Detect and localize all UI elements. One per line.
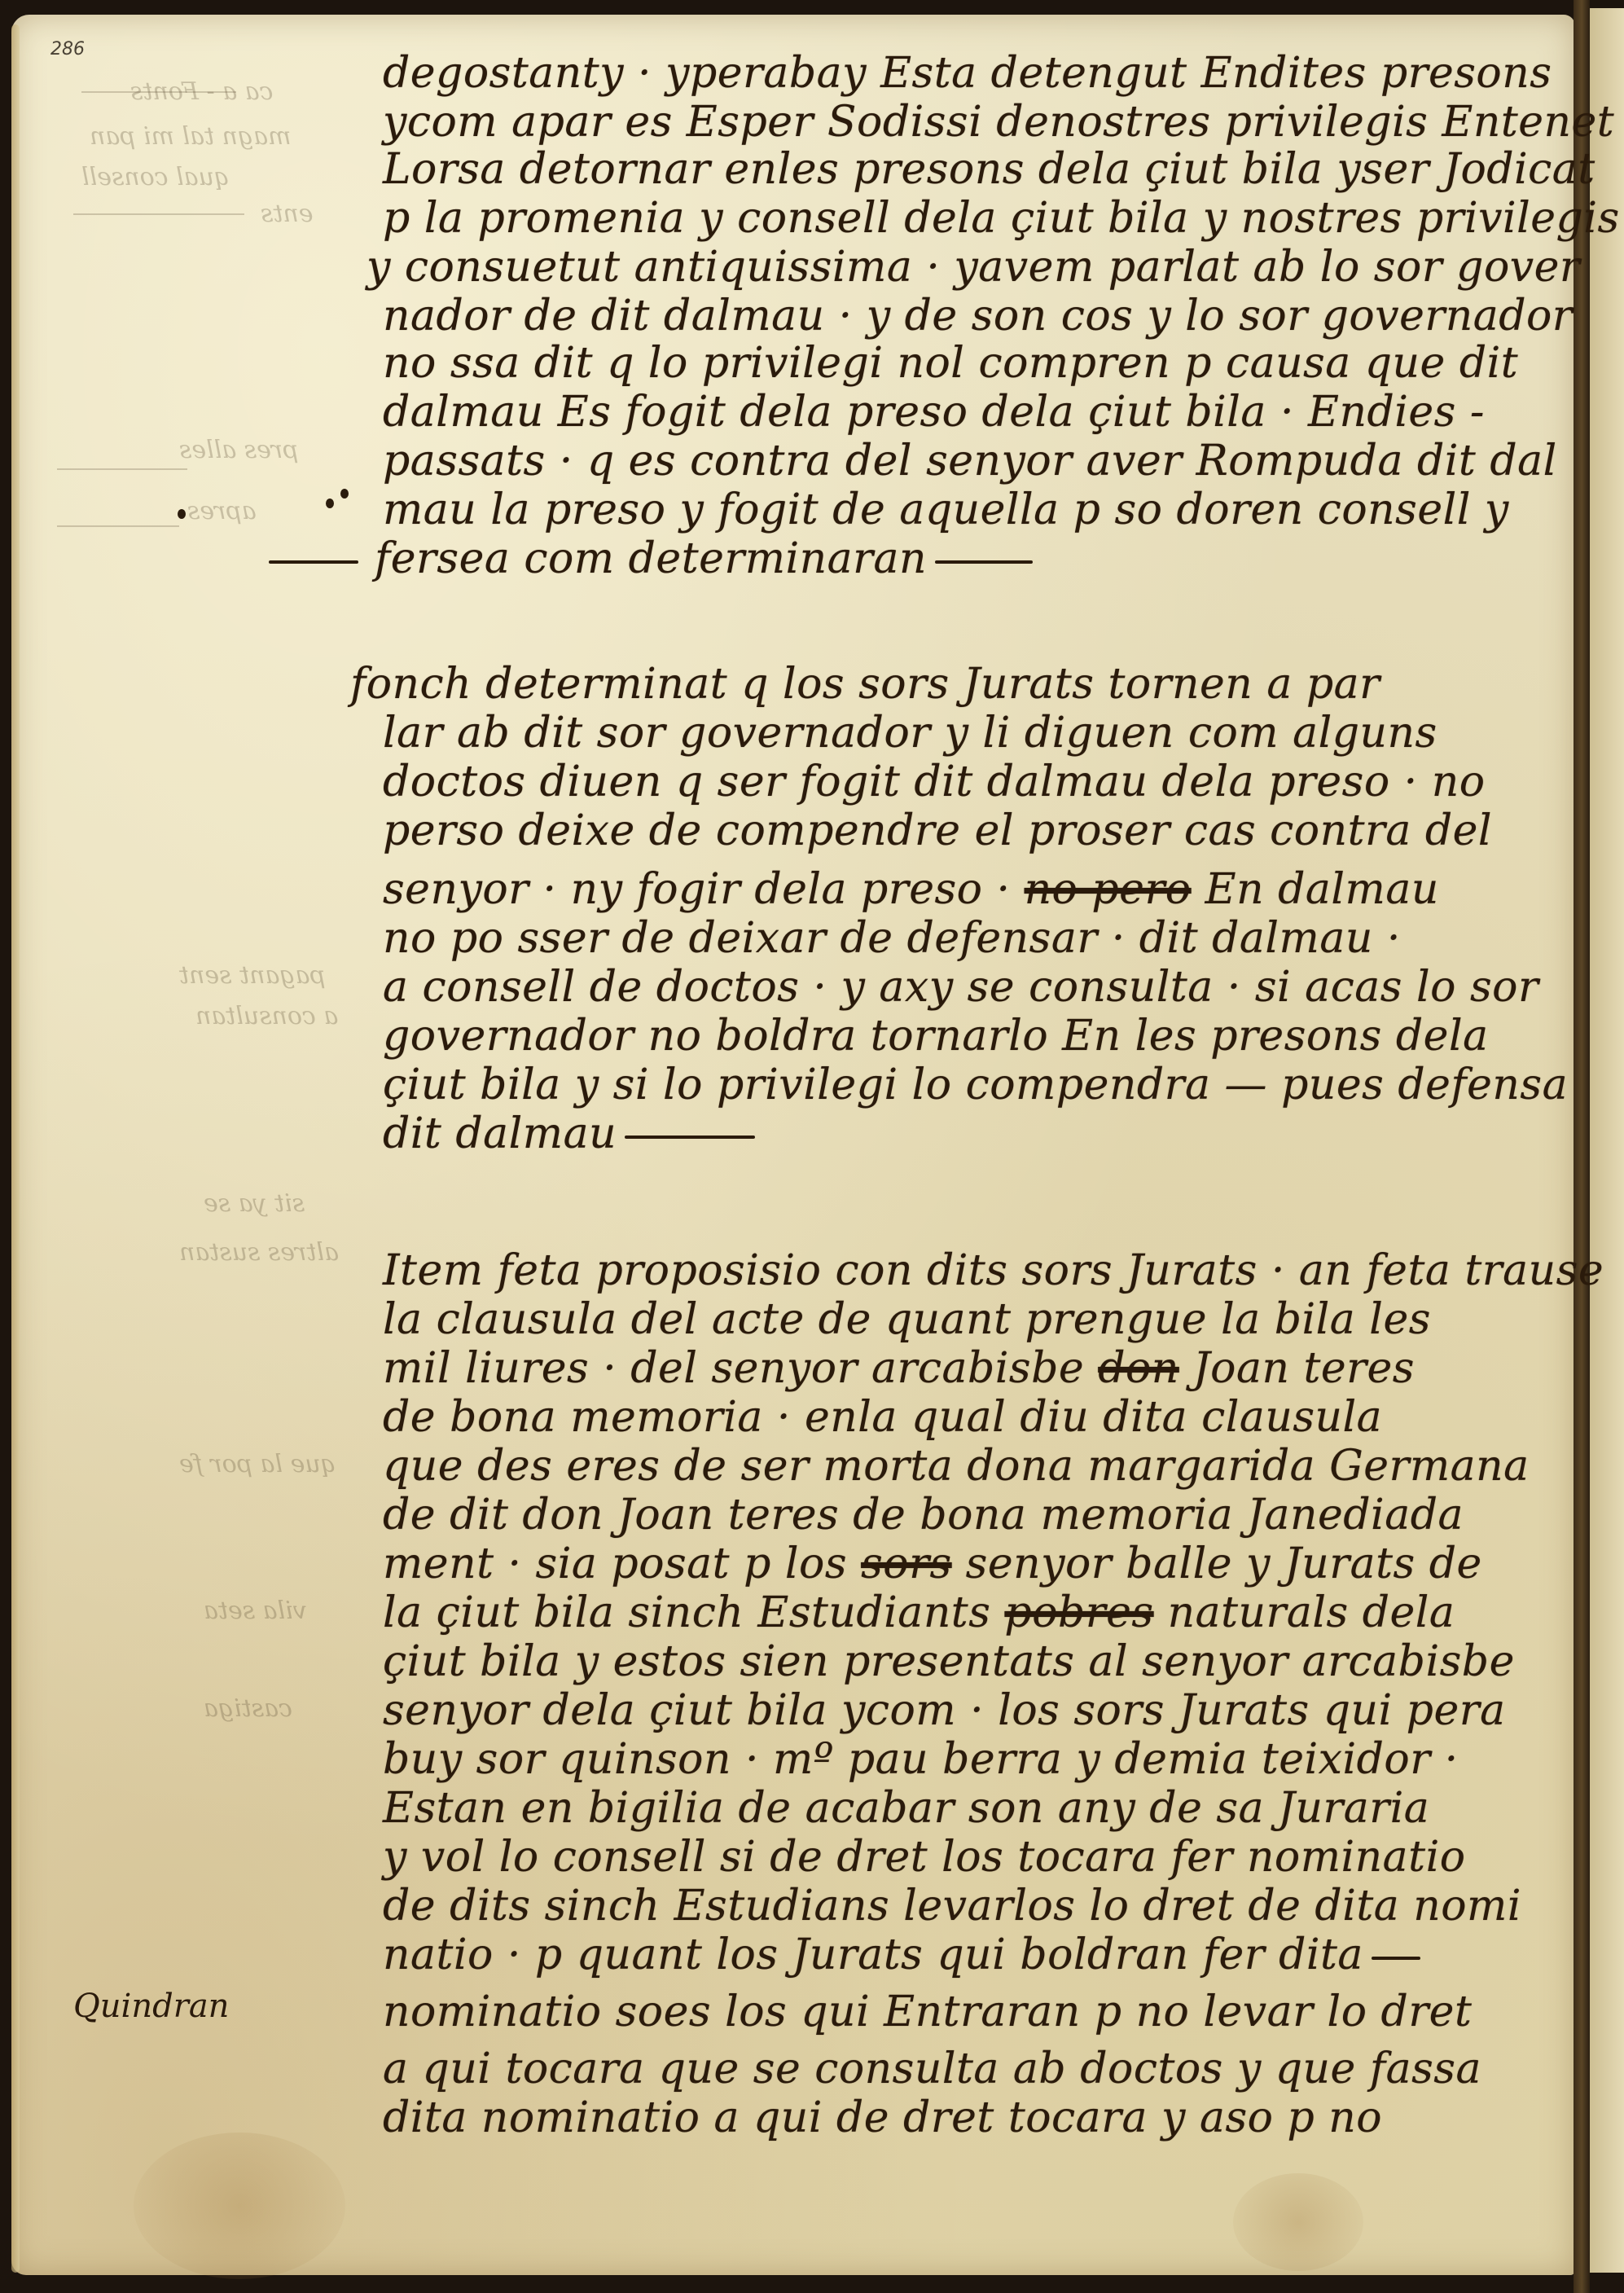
text-line: senyor · ny fogir dela preso · no pero E… bbox=[383, 865, 1439, 914]
text-line: p la promenia y consell dela çiut bila y… bbox=[383, 194, 1620, 243]
bleed-through-rule bbox=[57, 525, 179, 527]
bleed-through-rule bbox=[57, 468, 187, 470]
text-line: no po sser de deixar de defensar · dit d… bbox=[383, 914, 1401, 963]
bleed-through-text: sit ya se bbox=[204, 1189, 305, 1218]
text-line: de bona memoria · enla qual diu dita cla… bbox=[383, 1393, 1382, 1442]
bleed-through-text: castiga bbox=[204, 1694, 292, 1723]
bleed-through-text: vila seta bbox=[204, 1597, 307, 1625]
text-line-content: la çiut bila sinch Estudiants bbox=[383, 1588, 990, 1637]
text-line: degostanty · yperabay Esta detengut Endi… bbox=[383, 49, 1552, 98]
text-line-content: En dalmau bbox=[1205, 865, 1439, 914]
text-line: governador no boldra tornarlo En les pre… bbox=[383, 1012, 1489, 1061]
text-line-content: senyor · ny fogir dela preso · bbox=[383, 865, 1011, 914]
text-line-content: naturals dela bbox=[1168, 1588, 1455, 1637]
struck-word: sors bbox=[861, 1540, 952, 1588]
ink-blot bbox=[340, 489, 349, 499]
text-line: de dits sinch Estudians levarlos lo dret… bbox=[383, 1882, 1521, 1931]
line-filler-rule bbox=[935, 560, 1033, 564]
text-line: mau la preso y fogit de aquella p so dor… bbox=[383, 485, 1509, 534]
text-line: dita nominatio a qui de dret tocara y as… bbox=[383, 2093, 1382, 2142]
text-line: ment · sia posat p los sors senyor balle… bbox=[383, 1540, 1482, 1588]
text-line: çiut bila y estos sien presentats al sen… bbox=[383, 1637, 1515, 1686]
text-line-content: senyor balle y Jurats de bbox=[966, 1540, 1482, 1588]
bleed-through-rule bbox=[73, 213, 244, 215]
bleed-through-text: ca a - Fonts bbox=[130, 77, 273, 106]
struck-word: don bbox=[1098, 1344, 1179, 1393]
struck-word: no pero bbox=[1025, 865, 1192, 914]
line-filler-rule bbox=[269, 560, 358, 564]
bleed-through-text: a consultan bbox=[195, 1002, 338, 1030]
bleed-through-text: altres sustan bbox=[179, 1238, 339, 1267]
bleed-through-text: qual consell bbox=[81, 163, 230, 191]
ink-blot bbox=[326, 499, 334, 508]
text-line: ycom apar es Esper Sodissi denostres pri… bbox=[383, 98, 1614, 147]
text-line: senyor dela çiut bila ycom · los sors Ju… bbox=[383, 1686, 1506, 1735]
binding-gutter bbox=[1574, 0, 1590, 2293]
line-filler-rule bbox=[1372, 1957, 1420, 1960]
text-line: y vol lo consell si de dret los tocara f… bbox=[383, 1833, 1466, 1882]
text-line: no ssa dit q lo privilegi nol compren p … bbox=[383, 339, 1518, 388]
text-line-content: mil liures · del senyor arcabisbe bbox=[383, 1344, 1084, 1393]
text-line: la clausula del acte de quant prengue la… bbox=[383, 1295, 1431, 1344]
text-line-content: fersea com determinaran bbox=[375, 534, 927, 583]
text-line: perso deixe de compendre el proser cas c… bbox=[383, 806, 1492, 855]
text-line-content: Joan teres bbox=[1193, 1344, 1415, 1393]
text-line: y consuetut antiquissima · yavem parlat … bbox=[366, 243, 1580, 292]
text-line: Lorsa detornar enles presons dela çiut b… bbox=[383, 145, 1595, 194]
struck-word: pobres bbox=[1004, 1588, 1153, 1637]
text-line: buy sor quinson · mº pau berra y demia t… bbox=[383, 1735, 1459, 1784]
text-line-content: ment · sia posat p los bbox=[383, 1540, 847, 1588]
margin-note-quindran: Quindran bbox=[73, 1988, 229, 2025]
bleed-through-text: que la por fe bbox=[179, 1450, 336, 1478]
text-line: la çiut bila sinch Estudiants pobres nat… bbox=[383, 1588, 1455, 1637]
text-line: Item feta proposisio con dits sors Jurat… bbox=[383, 1246, 1604, 1295]
text-line: dit dalmau bbox=[383, 1109, 755, 1158]
text-line: mil liures · del senyor arcabisbe don Jo… bbox=[383, 1344, 1415, 1393]
text-line: de dit don Joan teres de bona memoria Ja… bbox=[383, 1491, 1464, 1540]
facing-page-edge bbox=[1590, 8, 1624, 2273]
text-line: fersea com determinaran bbox=[269, 534, 1033, 583]
text-line: lar ab dit sor governador y li diguen co… bbox=[383, 709, 1437, 758]
text-line: doctos diuen q ser fogit dit dalmau dela… bbox=[383, 758, 1486, 806]
text-line-content: dit dalmau bbox=[383, 1109, 617, 1158]
bleed-through-text: pagant sent bbox=[179, 961, 326, 990]
text-line: natio · p quant los Jurats qui boldran f… bbox=[383, 1931, 1420, 1979]
bleed-through-text: apres bbox=[187, 497, 257, 525]
text-line: Estan en bigilia de acabar son any de sa… bbox=[383, 1784, 1429, 1833]
bleed-through-text: ents bbox=[261, 200, 314, 228]
folio-number: 286 bbox=[50, 39, 85, 59]
page-edge bbox=[11, 24, 20, 2273]
text-line: a qui tocara que se consulta ab doctos y… bbox=[383, 2045, 1481, 2093]
text-line: que des eres de ser morta dona margarida… bbox=[383, 1442, 1530, 1491]
line-filler-rule bbox=[625, 1136, 755, 1139]
text-line: fonch determinat q los sors Jurats torne… bbox=[350, 660, 1380, 709]
text-line-content: natio · p quant los Jurats qui boldran f… bbox=[383, 1931, 1363, 1979]
text-line: nominatio soes los qui Entraran p no lev… bbox=[383, 1988, 1472, 2036]
text-line: dalmau Es fogit dela preso dela çiut bil… bbox=[383, 388, 1485, 437]
text-line: nador de dit dalmau · y de son cos y lo … bbox=[383, 292, 1573, 340]
text-line: passats · q es contra del senyor aver Ro… bbox=[383, 437, 1557, 485]
text-line: çiut bila y si lo privilegi lo compendra… bbox=[383, 1061, 1568, 1109]
bleed-through-text: pres alles bbox=[179, 436, 298, 464]
ink-blot bbox=[178, 509, 186, 519]
text-line: a consell de doctos · y axy se consulta … bbox=[383, 963, 1538, 1012]
bleed-through-text: magn tal mi pan bbox=[90, 122, 291, 151]
paper-stain bbox=[134, 2133, 345, 2279]
paper-stain bbox=[1233, 2173, 1363, 2271]
